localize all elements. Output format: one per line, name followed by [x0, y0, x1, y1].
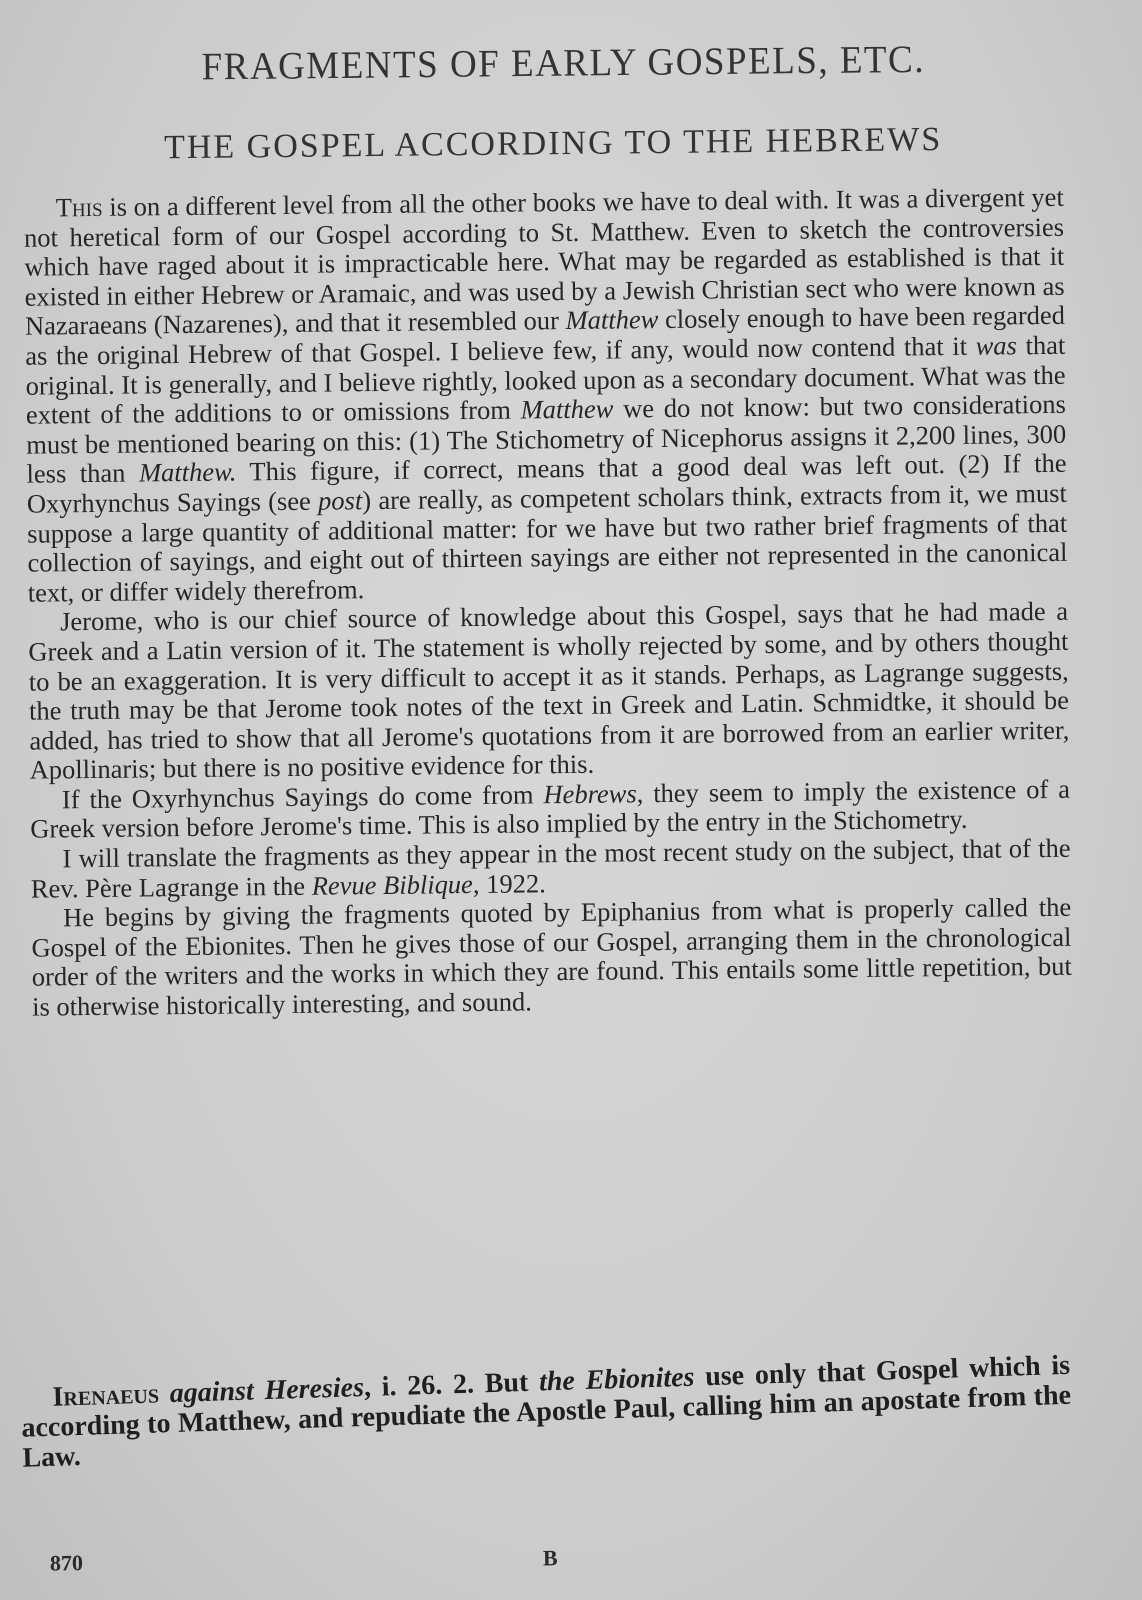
- paragraph-intro: This is on a different level from all th…: [24, 183, 1068, 608]
- signature-mark: B: [543, 1545, 558, 1571]
- irenaeus-quote: Irenaeus against Heresies, i. 26. 2. But…: [20, 1351, 1072, 1474]
- page-number: 870: [50, 1550, 83, 1576]
- paragraph-method: He begins by giving the fragments quoted…: [31, 893, 1072, 1022]
- section-title: THE GOSPEL ACCORDING TO THE HEBREWS: [23, 120, 1083, 169]
- italic-matthew: Matthew.: [139, 457, 237, 488]
- italic-was: was: [975, 330, 1017, 360]
- italic-matthew: Matthew: [565, 304, 658, 335]
- italic-revue-biblique: Revue Biblique: [312, 869, 473, 901]
- running-head: FRAGMENTS OF EARLY GOSPELS, ETC.: [0, 35, 1134, 92]
- italic-post: post: [318, 485, 362, 515]
- book-page: FRAGMENTS OF EARLY GOSPELS, ETC. THE GOS…: [0, 0, 1142, 1600]
- body-text: This is on a different level from all th…: [24, 183, 1073, 1022]
- quote-paragraph: Irenaeus against Heresies, i. 26. 2. But…: [20, 1351, 1072, 1474]
- paragraph-jerome: Jerome, who is our chief source of knowl…: [28, 597, 1070, 785]
- page-footer: 870 B: [8, 1539, 1142, 1551]
- italic-matthew: Matthew: [520, 394, 613, 425]
- text-run: , 1922.: [473, 868, 546, 899]
- italic-hebrews: Hebrews: [543, 778, 637, 809]
- lead-smallcaps: This: [56, 192, 103, 222]
- quote-author: Irenaeus: [52, 1378, 159, 1412]
